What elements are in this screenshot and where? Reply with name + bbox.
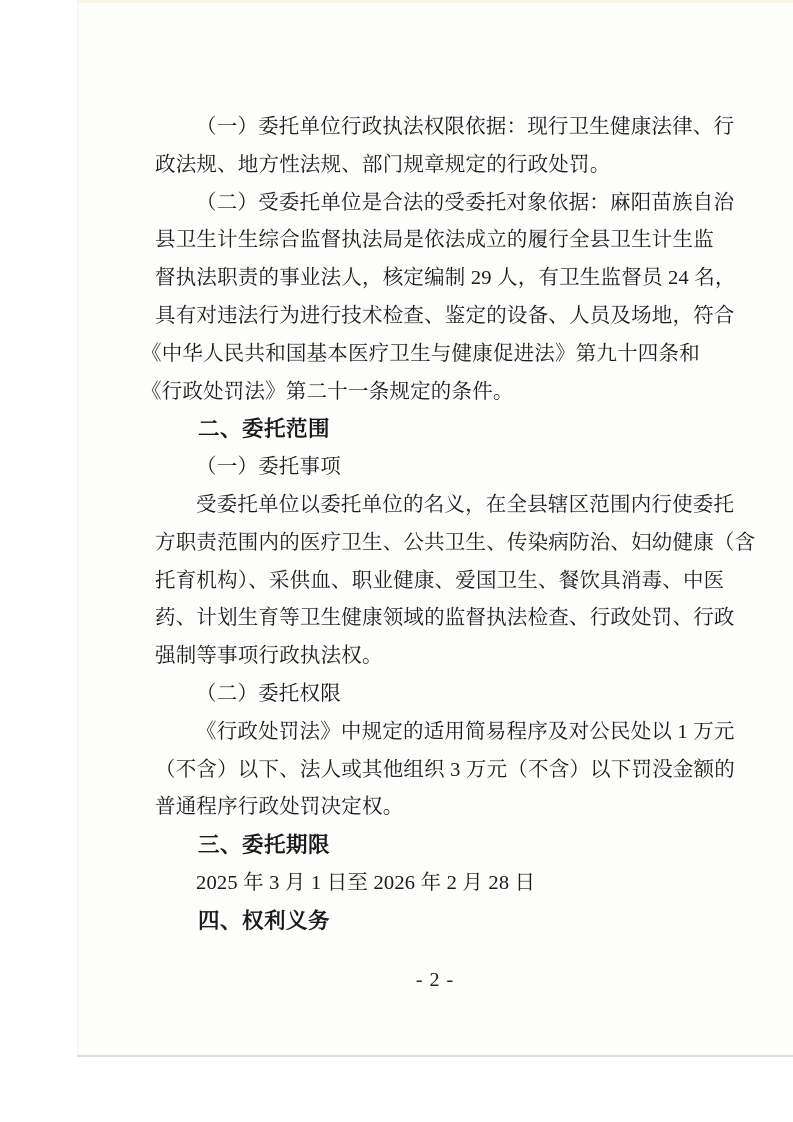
text-line: 受委托单位以委托单位的名义，在全县辖区范围内行使委托 [155,487,721,525]
text-line: 普通程序行政处罚决定权。 [155,789,721,827]
text-line: （二）受委托单位是合法的受委托对象依据：麻阳苗族自治 [155,185,721,223]
text-line: （一）委托单位行政执法权限依据：现行卫生健康法律、行 [155,109,721,147]
subsection-heading: （二）委托权限 [155,676,721,714]
text-line: 督执法职责的事业法人，核定编制 29 人，有卫生监督员 24 名， [155,260,721,298]
text-line: 《中华人民共和国基本医疗卫生与健康促进法》第九十四条和 [155,336,721,374]
text-line: 强制等事项行政执法权。 [155,638,721,676]
section-heading: 二、委托范围 [155,411,721,449]
text-line: （不含）以下、法人或其他组织 3 万元（不含）以下罚没金额的 [155,752,721,790]
text-line: 政法规、地方性法规、部门规章规定的行政处罚。 [155,147,721,185]
subsection-heading: （一）委托事项 [155,449,721,487]
text-line: 《行政处罚法》中规定的适用简易程序及对公民处以 1 万元 [155,714,721,752]
document-body: （一）委托单位行政执法权限依据：现行卫生健康法律、行 政法规、地方性法规、部门规… [155,109,721,941]
text-line: 具有对违法行为进行技术检查、鉴定的设备、人员及场地，符合 [155,298,721,336]
text-line: 《行政处罚法》第二十一条规定的条件。 [155,374,721,412]
text-line: 县卫生计生综合监督执法局是依法成立的履行全县卫生计生监 [155,222,721,260]
section-heading: 三、委托期限 [155,827,721,865]
date-line: 2025 年 3 月 1 日至 2026 年 2 月 28 日 [155,865,721,903]
section-heading: 四、权利义务 [155,903,721,941]
text-line: 托育机构）、采供血、职业健康、爱国卫生、餐饮具消毒、中医 [155,563,721,601]
text-line: 药、计划生育等卫生健康领域的监督执法检查、行政处罚、行政 [155,600,721,638]
text-line: 方职责范围内的医疗卫生、公共卫生、传染病防治、妇幼健康（含 [155,525,721,563]
page-number: - 2 - [155,969,715,992]
